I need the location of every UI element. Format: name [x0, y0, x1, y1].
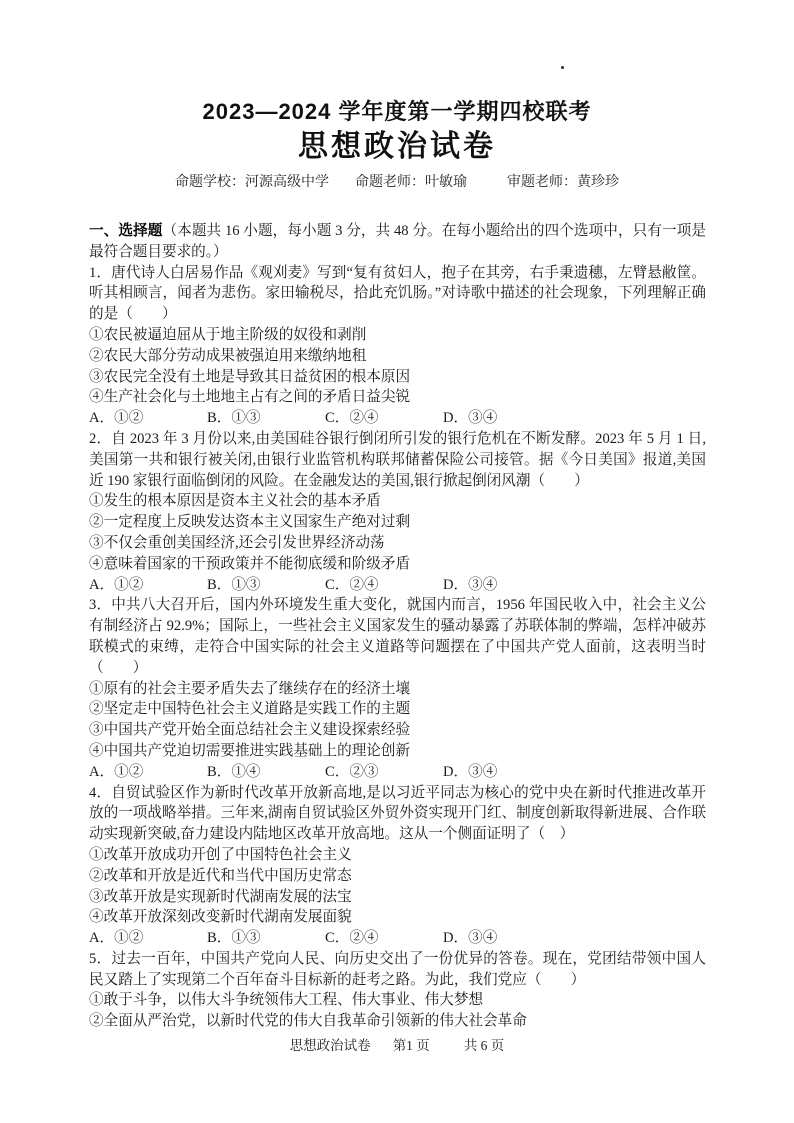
question-4-stem: 4．自贸试验区作为新时代改革开放新高地,是以习近平同志为核心的党中央在新时代推进… [89, 783, 706, 845]
stray-dot-mark [561, 66, 564, 69]
question-4: 4．自贸试验区作为新时代改革开放新高地,是以习近平同志为核心的党中央在新时代推进… [89, 783, 706, 949]
question-1-item-3: ③农民完全没有土地是导致其日益贫困的根本原因 [89, 367, 706, 388]
byline-setter: 命题老师：叶敏瑜 [355, 174, 467, 192]
exam-body: 一、选择题（本题共 16 小题，每小题 3 分，共 48 分。在每小题给出的四个… [89, 221, 706, 1032]
question-4-item-3: ③改革开放是实现新时代湖南发展的法宝 [89, 887, 706, 908]
question-5-item-1: ①敢于斗争，以伟大斗争统领伟大工程、伟大事业、伟大梦想 [89, 990, 706, 1011]
question-3-option-d: D．③④ [443, 762, 497, 783]
footer-page-total: 共 6 页 [464, 1037, 505, 1054]
question-3-stem: 3．中共八大召开后，国内外环境发生重大变化，就国内而言，1956 年国民收入中，… [89, 595, 706, 678]
question-2-option-b: B．①③ [207, 575, 325, 596]
question-3-item-3: ③中国共产党开始全面总结社会主义建设探索经验 [89, 720, 706, 741]
question-2-item-2: ②一定程度上反映发达资本主义国家生产绝对过剩 [89, 512, 706, 533]
question-1-option-b: B．①③ [207, 408, 325, 429]
exam-header: 2023—2024 学年度第一学期四校联考 思想政治试卷 命题学校：河源高级中学… [0, 0, 794, 192]
question-2-item-3: ③不仅会重创美国经济,还会引发世界经济动荡 [89, 533, 706, 554]
question-3-item-2: ②坚定走中国特色社会主义道路是实践工作的主题 [89, 699, 706, 720]
section-heading: 一、选择题（本题共 16 小题，每小题 3 分，共 48 分。在每小题给出的四个… [89, 221, 706, 263]
question-1-stem: 1．唐代诗人白居易作品《观刈麦》写到“复有贫妇人，抱子在其旁，右手秉遗穗，左臂悬… [89, 263, 706, 325]
question-2-option-d: D．③④ [443, 575, 497, 596]
question-4-item-1: ①改革开放成功开创了中国特色社会主义 [89, 845, 706, 866]
question-2-item-4: ④意味着国家的干预政策并不能彻底缓和阶级矛盾 [89, 554, 706, 575]
question-2-options: A．①②B．①③C．②④D．③④ [89, 575, 706, 596]
question-4-option-c: C．②④ [325, 928, 443, 949]
question-3-option-b: B．①④ [207, 762, 325, 783]
byline-reviewer: 审题老师：黄珍珍 [507, 174, 619, 192]
byline-school: 命题学校：河源高级中学 [175, 174, 329, 192]
question-2: 2．自 2023 年 3 月份以来,由美国硅谷银行倒闭所引发的银行危机在不断发酵… [89, 429, 706, 595]
question-3-option-c: C．②③ [325, 762, 443, 783]
exam-page: 2023—2024 学年度第一学期四校联考 思想政治试卷 命题学校：河源高级中学… [0, 0, 794, 1123]
question-2-option-a: A．①② [89, 575, 207, 596]
question-5-stem: 5．过去一百年，中国共产党向人民、向历史交出了一份优异的答卷。现在，党团结带领中… [89, 949, 706, 991]
footer-gap [430, 1037, 464, 1054]
question-5: 5．过去一百年，中国共产党向人民、向历史交出了一份优异的答卷。现在，党团结带领中… [89, 949, 706, 1032]
question-5-item-2: ②全面从严治党，以新时代党的伟大自我革命引领新的伟大社会革命 [89, 1011, 706, 1032]
section-instructions: （本题共 16 小题，每小题 3 分，共 48 分。在每小题给出的四个选项中，只… [89, 223, 706, 260]
footer-doc-title: 思想政治试卷 [290, 1037, 371, 1054]
question-3-item-1: ①原有的社会主要矛盾失去了继续存在的经济土壤 [89, 679, 706, 700]
question-2-stem: 2．自 2023 年 3 月份以来,由美国硅谷银行倒闭所引发的银行危机在不断发酵… [89, 429, 706, 491]
page-footer: 思想政治试卷 第1 页 共 6 页 [0, 1037, 794, 1054]
question-4-item-2: ②改革和开放是近代和当代中国历史常态 [89, 866, 706, 887]
question-1-options: A．①②B．①③C．②④D．③④ [89, 408, 706, 429]
footer-gap [371, 1037, 393, 1054]
question-2-item-1: ①发生的根本原因是资本主义社会的基本矛盾 [89, 491, 706, 512]
session-title: 2023—2024 学年度第一学期四校联考 [0, 100, 794, 124]
question-4-options: A．①②B．①③C．②④D．③④ [89, 928, 706, 949]
question-1-item-2: ②农民大部分劳动成果被强迫用来缴纳地租 [89, 346, 706, 367]
question-3-option-a: A．①② [89, 762, 207, 783]
question-1-item-4: ④生产社会化与土地地主占有之间的矛盾日益尖锐 [89, 387, 706, 408]
footer-page-number: 第1 页 [393, 1037, 430, 1054]
question-1-option-a: A．①② [89, 408, 207, 429]
byline-gap [467, 174, 507, 192]
question-3-options: A．①②B．①④C．②③D．③④ [89, 762, 706, 783]
section-title: 一、选择题 [89, 223, 162, 239]
byline: 命题学校：河源高级中学 命题老师：叶敏瑜 审题老师：黄珍珍 [0, 174, 794, 192]
question-1-option-d: D．③④ [443, 408, 497, 429]
question-2-option-c: C．②④ [325, 575, 443, 596]
question-1-option-c: C．②④ [325, 408, 443, 429]
question-1: 1．唐代诗人白居易作品《观刈麦》写到“复有贫妇人，抱子在其旁，右手秉遗穗，左臂悬… [89, 263, 706, 429]
question-4-option-d: D．③④ [443, 928, 497, 949]
byline-gap [329, 174, 355, 192]
question-4-option-b: B．①③ [207, 928, 325, 949]
exam-title: 思想政治试卷 [0, 128, 794, 166]
question-3-item-4: ④中国共产党迫切需要推进实践基础上的理论创新 [89, 741, 706, 762]
question-1-item-1: ①农民被逼迫屈从于地主阶级的奴役和剥削 [89, 325, 706, 346]
question-4-option-a: A．①② [89, 928, 207, 949]
question-4-item-4: ④改革开放深刻改变新时代湖南发展面貌 [89, 907, 706, 928]
question-3: 3．中共八大召开后，国内外环境发生重大变化，就国内而言，1956 年国民收入中，… [89, 595, 706, 782]
